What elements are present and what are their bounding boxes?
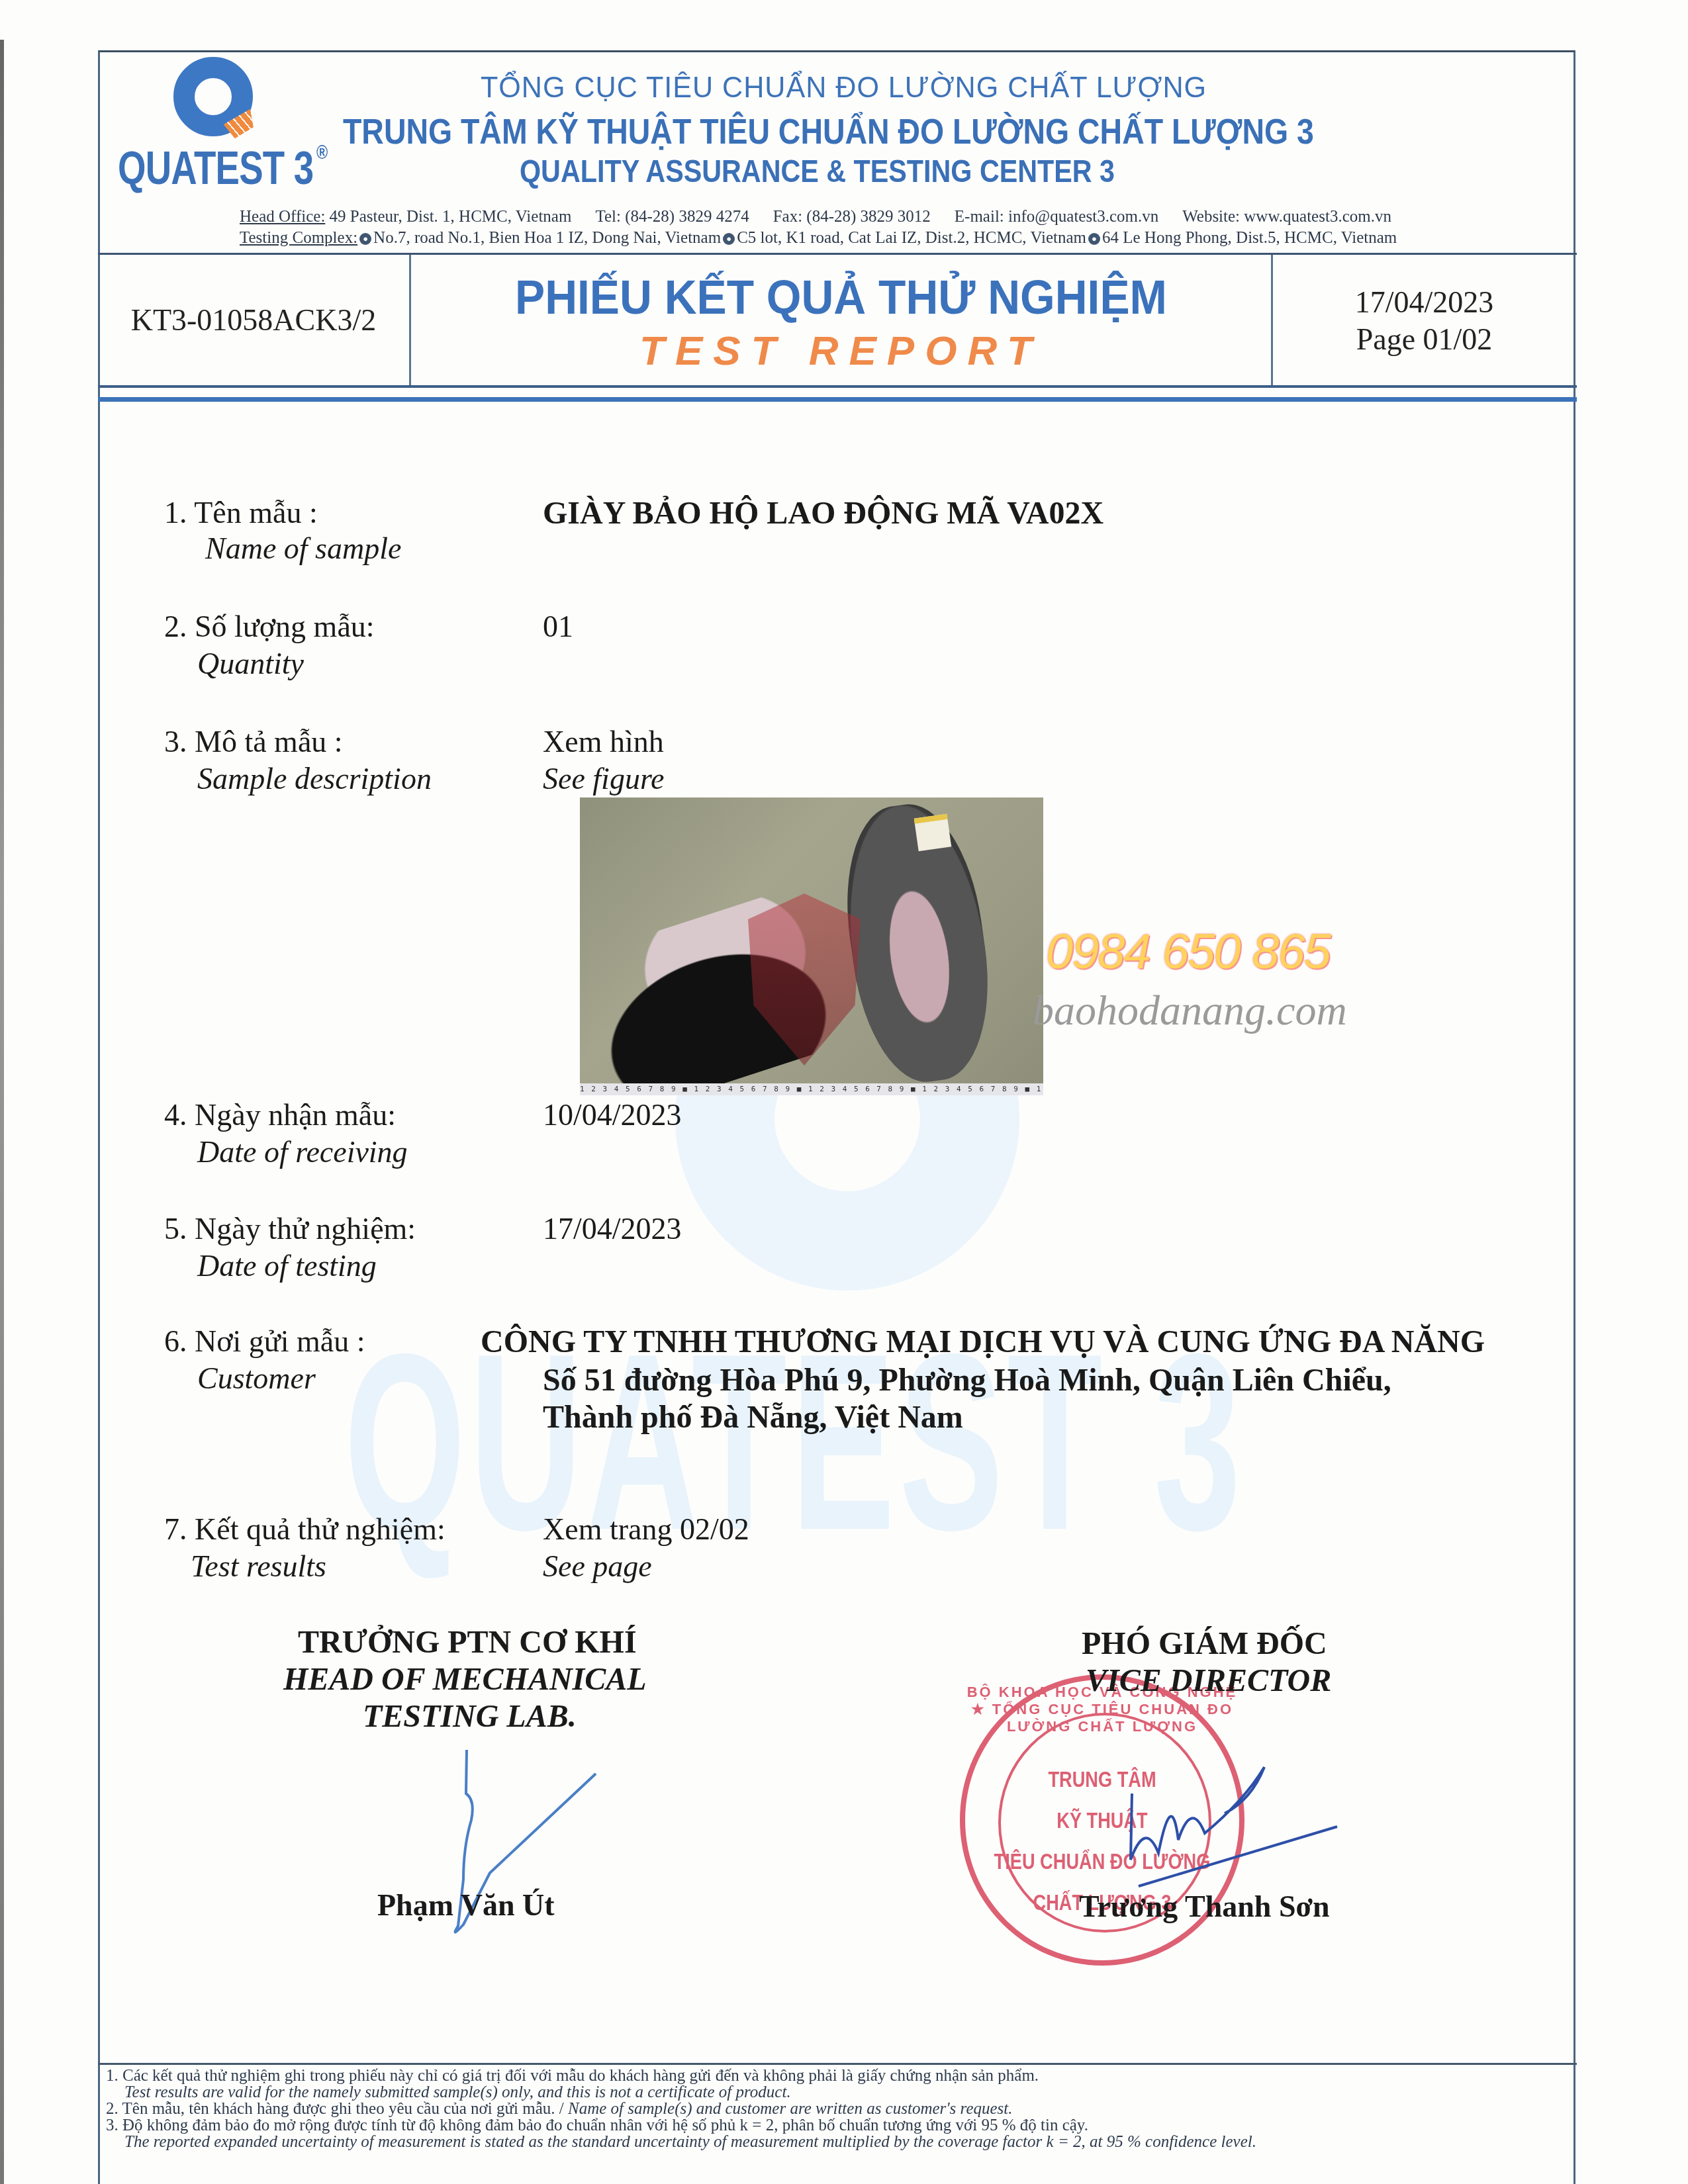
field-label-description: 3. Mô tả mẫu :: [164, 724, 343, 759]
left-signatory-title-en-2: TESTING LAB.: [363, 1698, 577, 1735]
field-label-quantity-en: Quantity: [197, 646, 304, 681]
org-name-en: QUALITY ASSURANCE & TESTING CENTER 3: [520, 154, 1115, 190]
field-label-test-results: 7. Kết quả thử nghiệm:: [164, 1512, 445, 1547]
shield-logo-icon: [748, 893, 861, 1066]
test-results-value-en: See page: [543, 1549, 652, 1584]
customer-address-line2: Thành phố Đà Nẵng, Việt Nam: [543, 1399, 963, 1435]
testing-date-value: 17/04/2023: [543, 1211, 682, 1246]
footer-note-1-en: Test results are valid for the namely su…: [106, 2084, 1256, 2101]
left-signatory-title-vn: TRƯỞNG PTN CƠ KHÍ: [298, 1624, 637, 1661]
right-signatory-name: Trương Thanh Sơn: [1079, 1889, 1330, 1924]
field-label-receiving-date: 4. Ngày nhận mẫu:: [164, 1097, 396, 1132]
sample-tag: [914, 814, 951, 851]
report-title: PHIẾU KẾT QUẢ THỬ NGHIỆM TEST REPORT: [411, 255, 1271, 385]
field-label-test-results-en: Test results: [191, 1549, 326, 1584]
watermark-phone: 0984 650 865: [1046, 923, 1330, 979]
org-parent-name: TỔNG CỤC TIÊU CHUẨN ĐO LƯỜNG CHẤT LƯỢNG: [481, 71, 1207, 105]
title-divider-thick: [98, 397, 1577, 402]
contact-info: Head Office: 49 Pasteur, Dist. 1, HCMC, …: [240, 206, 1397, 249]
footer-note-3: 3. Độ không đảm bảo đo mở rộng được tính…: [106, 2117, 1256, 2134]
report-date-page: 17/04/2023 Page 01/02: [1273, 255, 1575, 385]
watermark-website: baohodanang.com: [1033, 986, 1347, 1035]
head-office-line: Head Office: 49 Pasteur, Dist. 1, HCMC, …: [240, 206, 1397, 228]
receiving-date-value: 10/04/2023: [543, 1097, 682, 1132]
location-pin-icon: ●: [1088, 233, 1100, 245]
field-label-quantity: 2. Số lượng mẫu:: [164, 609, 375, 644]
website-link[interactable]: Website: www.quatest3.com.vn: [1182, 208, 1391, 226]
report-code: KT3-01058ACK3/2: [98, 255, 409, 385]
left-signatory-name: Phạm Văn Út: [377, 1888, 555, 1923]
location-pin-icon: ●: [723, 233, 735, 245]
field-label-sample-name-en: Name of sample: [205, 531, 401, 566]
report-date: 17/04/2023: [1273, 284, 1575, 321]
footer-divider: [98, 2063, 1577, 2065]
quatest-logo: QUATEST 3®: [118, 57, 336, 203]
report-title-en: TEST REPORT: [411, 328, 1271, 375]
testing-complex-line: Testing Complex:●No.7, road No.1, Bien H…: [240, 228, 1397, 249]
field-label-testing-date: 5. Ngày thử nghiệm:: [164, 1211, 416, 1246]
customer-name: CÔNG TY TNHH THƯƠNG MẠI DỊCH VỤ VÀ CUNG …: [481, 1324, 1485, 1360]
page-number: Page 01/02: [1273, 321, 1575, 358]
logo-wordmark: QUATEST 3®: [118, 142, 327, 195]
field-label-testing-date-en: Date of testing: [197, 1248, 377, 1283]
field-label-receiving-date-en: Date of receiving: [197, 1134, 408, 1169]
location-pin-icon: ●: [359, 233, 371, 245]
right-signature-mark: [1119, 1760, 1344, 1893]
field-label-customer-en: Customer: [197, 1361, 316, 1396]
email-link[interactable]: E-mail: info@quatest3.com.vn: [955, 208, 1158, 226]
field-label-description-en: Sample description: [197, 761, 432, 796]
org-name-vn: TRUNG TÂM KỸ THUẬT TIÊU CHUẨN ĐO LƯỜNG C…: [343, 111, 1314, 152]
footer-note-2: 2. Tên mẫu, tên khách hàng được ghi theo…: [106, 2101, 1256, 2117]
shop-watermark: [748, 893, 1026, 1092]
sample-name-value: GIÀY BẢO HỘ LAO ĐỘNG MÃ VA02X: [543, 495, 1103, 531]
footer-note-1: 1. Các kết quả thử nghiệm ghi trong phiế…: [106, 2068, 1256, 2084]
title-divider-thin: [98, 385, 1577, 388]
field-label-sample-name: 1. Tên mẫu :: [164, 495, 318, 530]
quantity-value: 01: [543, 609, 573, 644]
field-label-customer: 6. Nơi gửi mẫu :: [164, 1324, 365, 1359]
scan-edge: [0, 40, 4, 2184]
description-value-en: See figure: [543, 761, 665, 796]
left-signatory-title-en-1: HEAD OF MECHANICAL: [283, 1661, 647, 1698]
test-results-value: Xem trang 02/02: [543, 1512, 749, 1547]
customer-address-line1: Số 51 đường Hòa Phú 9, Phường Hoà Minh, …: [543, 1362, 1391, 1398]
right-signatory-title-en: VICE DIRECTOR: [1086, 1662, 1331, 1700]
description-value: Xem hình: [543, 724, 664, 759]
report-title-vn: PHIẾU KẾT QUẢ THỬ NGHIỆM: [437, 271, 1245, 325]
footer-note-3-en: The reported expanded uncertainty of mea…: [106, 2134, 1256, 2150]
right-signatory-title-vn: PHÓ GIÁM ĐỐC: [1082, 1625, 1327, 1662]
footer-notes: 1. Các kết quả thử nghiệm ghi trong phiế…: [106, 2068, 1256, 2150]
